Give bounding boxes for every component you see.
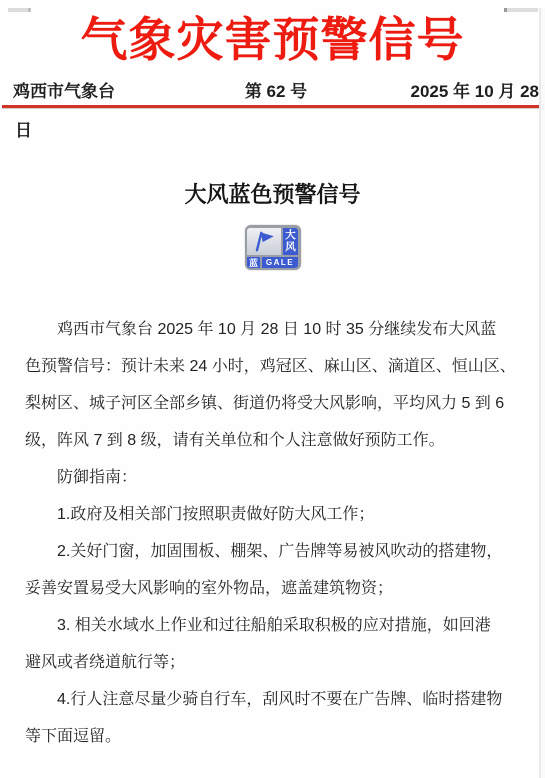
issuing-agency: 鸡西市气象台 xyxy=(13,81,245,103)
issue-number: 第 62 号 xyxy=(245,81,307,103)
icon-level-char: 蓝 xyxy=(247,257,260,268)
gale-blue-warning-icon: 大风 蓝 GALE xyxy=(245,225,301,270)
wind-flag-panel xyxy=(247,228,281,255)
issue-date: 2025 年 10 月 28 xyxy=(307,81,539,103)
icon-label-panel: 大风 xyxy=(283,228,298,255)
cutoff-content-artifact-left xyxy=(8,8,31,12)
warning-heading: 大风蓝色预警信号 xyxy=(0,181,545,209)
masthead-row: 鸡西市气象台 第 62 号 2025 年 10 月 28 xyxy=(0,81,545,103)
icon-level-row: 蓝 GALE xyxy=(247,257,298,268)
masthead-divider xyxy=(2,105,543,108)
warning-icon-container: 大风 蓝 GALE xyxy=(0,225,545,270)
warning-document-page: 气象灾害预警信号 鸡西市气象台 第 62 号 2025 年 10 月 28 日 … xyxy=(0,8,545,778)
document-title: 气象灾害预警信号 xyxy=(0,8,545,72)
cutoff-content-artifact-right xyxy=(504,8,538,12)
page-edge-fill xyxy=(541,8,545,778)
wind-flag-icon xyxy=(251,228,277,254)
icon-level-english: GALE xyxy=(262,257,298,268)
icon-label-text: 大风 xyxy=(285,229,297,253)
issue-date-overflow: 日 xyxy=(0,119,545,143)
page-edge-line xyxy=(539,8,541,778)
warning-body-text: 鸡西市气象台 2025 年 10 月 28 日 10 时 35 分继续发布大风蓝… xyxy=(0,311,545,755)
